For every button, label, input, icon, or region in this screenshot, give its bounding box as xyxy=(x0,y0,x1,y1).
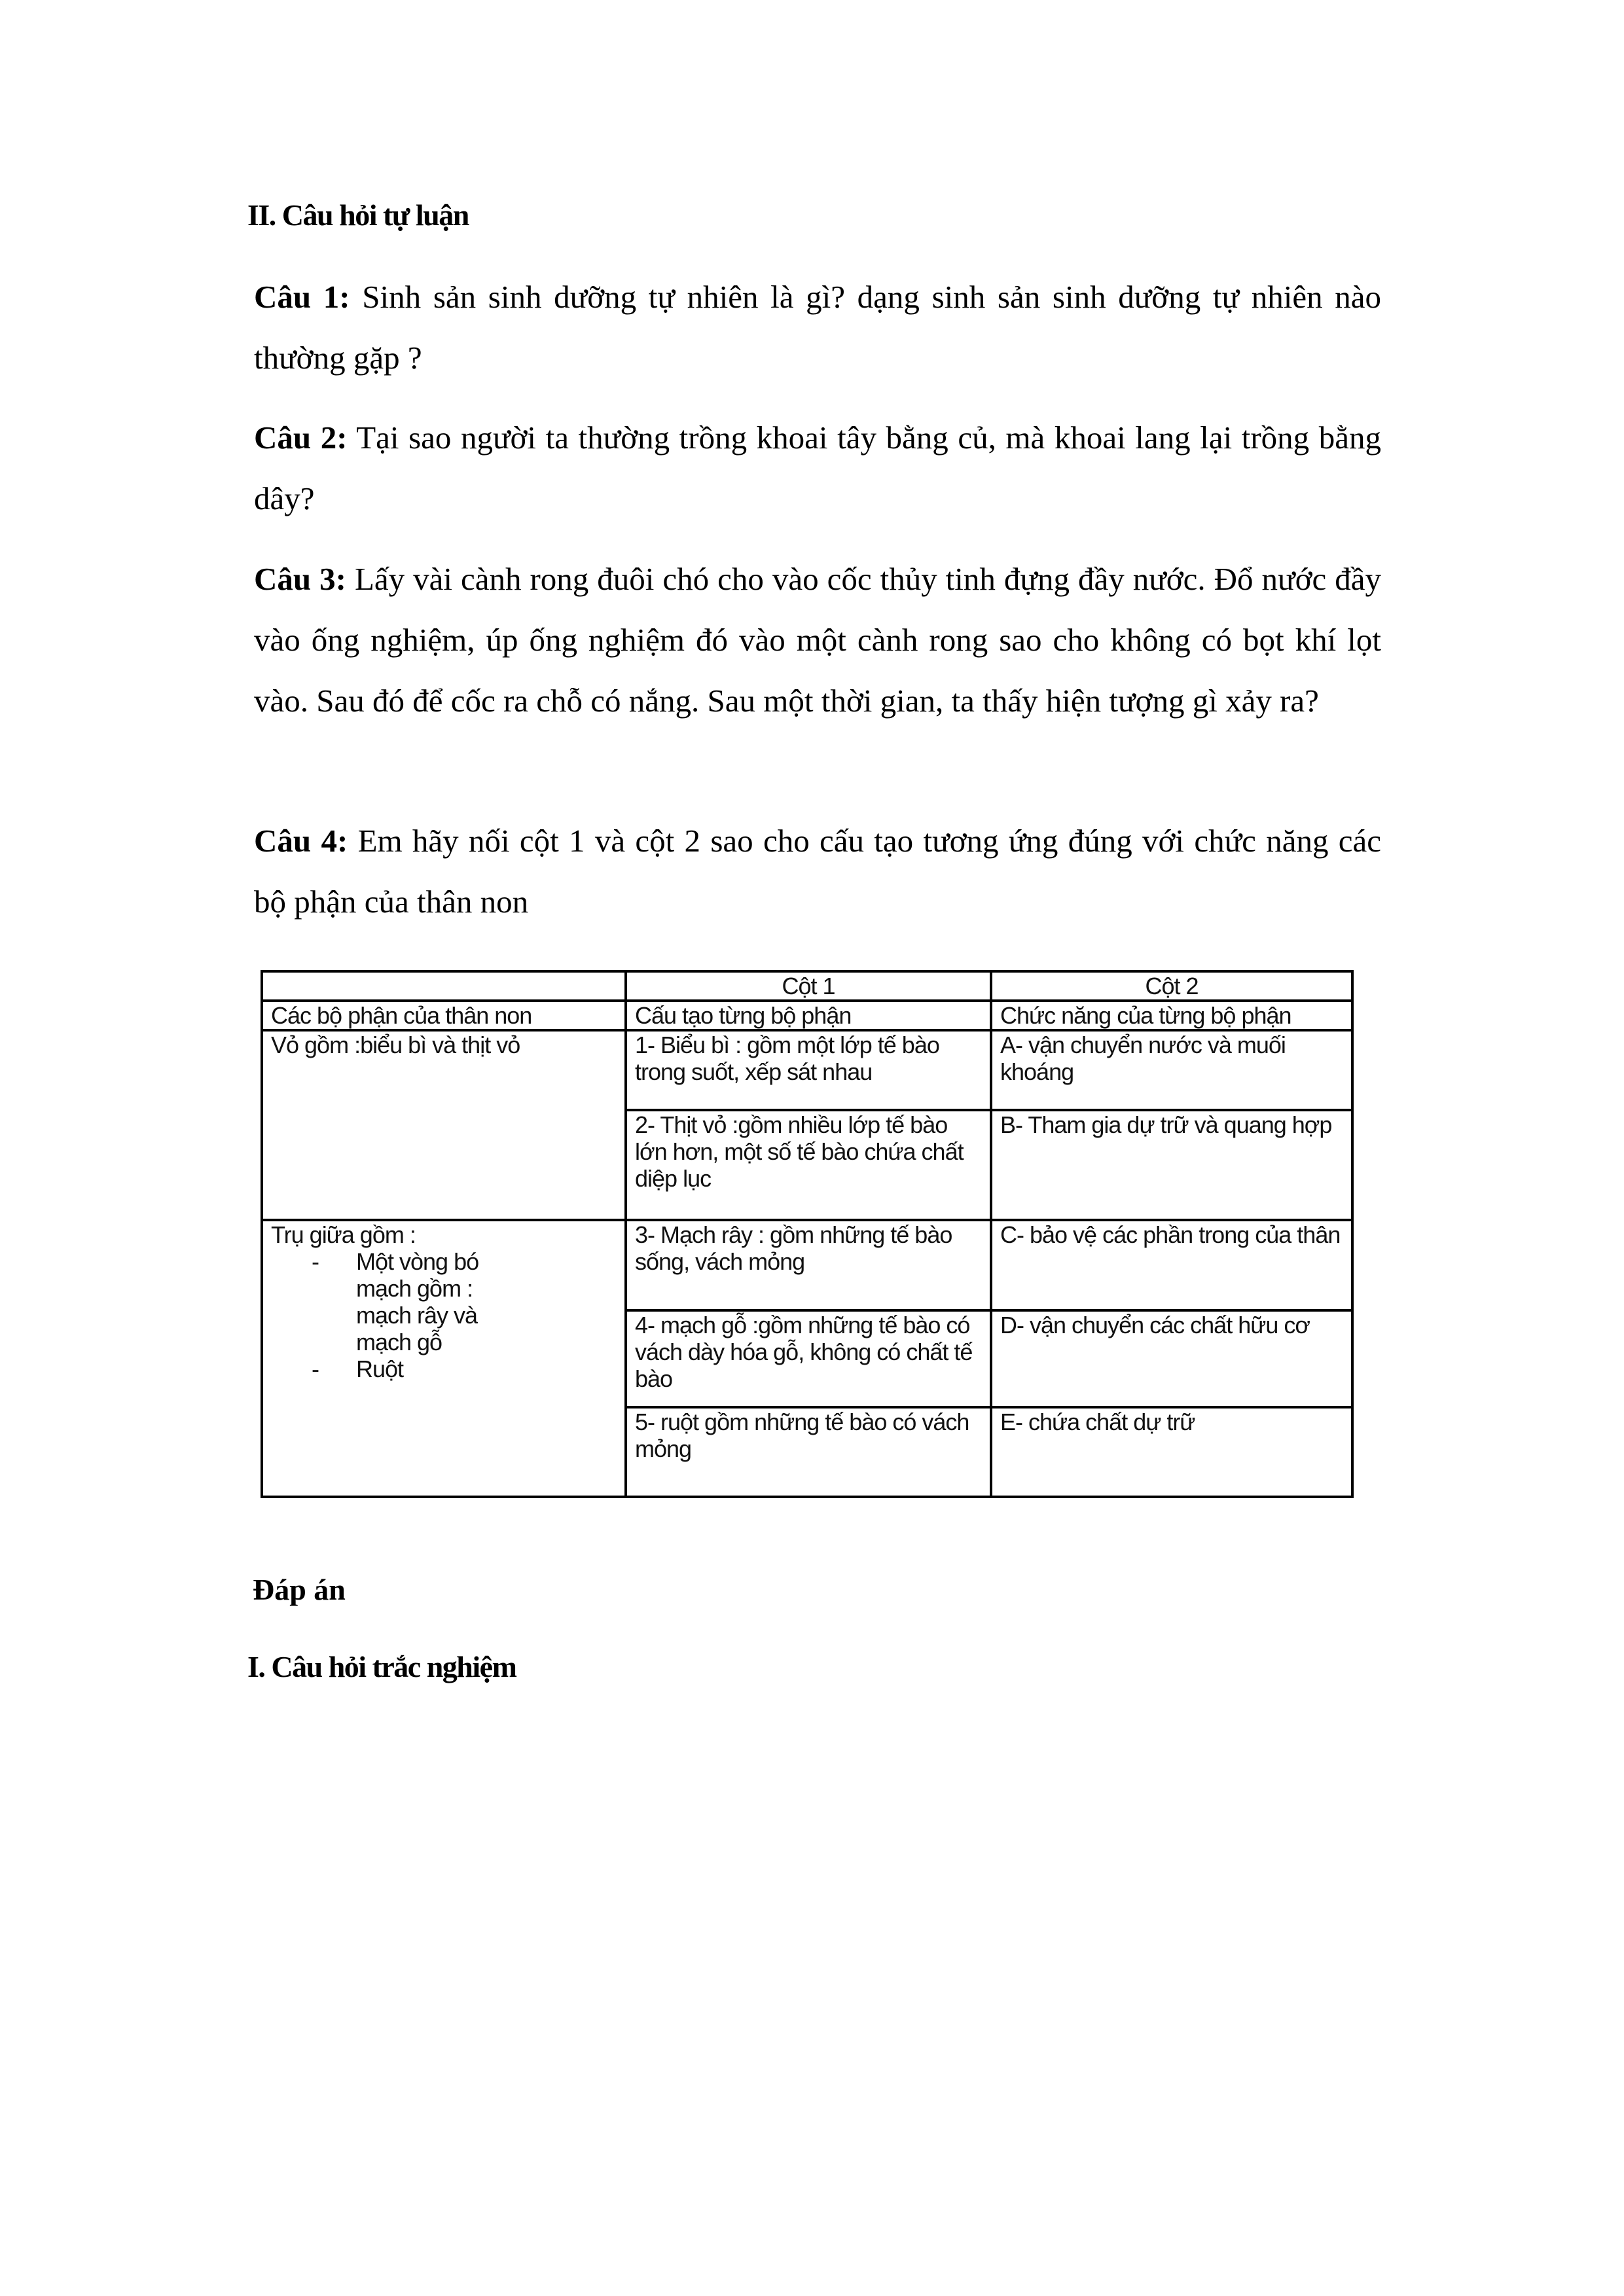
header-cell-column-1: Cột 1 xyxy=(626,971,991,1001)
question-3: Câu 3: Lấy vài cành rong đuôi chó cho và… xyxy=(254,548,1381,731)
subheader-parts: Các bộ phận của thân non xyxy=(262,1001,626,1030)
structure-cell: 1- Biểu bì : gồm một lớp tế bào trong su… xyxy=(626,1030,991,1110)
dash-bullet-icon: - xyxy=(312,1248,319,1275)
question-1: Câu 1: Sinh sản sinh dưỡng tự nhiên là g… xyxy=(254,266,1381,388)
stele-bullet-list: -Một vòng bó mạch gồm : mạch rây và mạch… xyxy=(271,1248,617,1382)
question-4: Câu 4: Em hãy nối cột 1 và cột 2 sao cho… xyxy=(254,810,1381,932)
stele-bullet-text: Một vòng bó mạch gồm : mạch rây và mạch … xyxy=(356,1248,478,1355)
question-2-text: Tại sao người ta thường trồng khoai tây … xyxy=(254,420,1381,516)
function-cell: D- vận chuyển các chất hữu cơ xyxy=(991,1310,1352,1407)
function-cell: C- bảo vệ các phần trong của thân xyxy=(991,1220,1352,1310)
header-cell-empty xyxy=(262,971,626,1001)
matching-table: Cột 1 Cột 2 Các bộ phận của thân non Cấu… xyxy=(261,970,1354,1498)
subheader-structure: Cấu tạo từng bộ phận xyxy=(626,1001,991,1030)
question-4-label: Câu 4: xyxy=(254,823,348,859)
stele-bullet: -Ruột xyxy=(271,1355,533,1382)
part-cell-cortex: Vỏ gồm :biểu bì và thịt vỏ xyxy=(262,1030,626,1220)
stele-title: Trụ giữa gồm : xyxy=(271,1221,617,1248)
function-cell: A- vận chuyển nước và muối khoáng xyxy=(991,1030,1352,1110)
structure-cell: 5- ruột gồm những tế bào có vách mỏng xyxy=(626,1407,991,1497)
stele-bullet-text: Ruột xyxy=(356,1355,403,1382)
answers-heading: Đáp án xyxy=(253,1572,346,1607)
question-3-text: Lấy vài cành rong đuôi chó cho vào cốc t… xyxy=(254,561,1381,719)
table-row: Vỏ gồm :biểu bì và thịt vỏ 1- Biểu bì : … xyxy=(262,1030,1352,1110)
question-1-text: Sinh sản sinh dưỡng tự nhiên là gì? dạng… xyxy=(254,279,1381,376)
function-cell: B- Tham gia dự trữ và quang hợp xyxy=(991,1110,1352,1220)
question-1-label: Câu 1: xyxy=(254,279,350,315)
table-header-row: Cột 1 Cột 2 xyxy=(262,971,1352,1001)
table-row: Trụ giữa gồm : -Một vòng bó mạch gồm : m… xyxy=(262,1220,1352,1310)
table-subheader-row: Các bộ phận của thân non Cấu tạo từng bộ… xyxy=(262,1001,1352,1030)
stele-bullet: -Một vòng bó mạch gồm : mạch rây và mạch… xyxy=(271,1248,533,1355)
part-cell-stele: Trụ giữa gồm : -Một vòng bó mạch gồm : m… xyxy=(262,1220,626,1497)
dash-bullet-icon: - xyxy=(312,1355,319,1382)
question-4-text: Em hãy nối cột 1 và cột 2 sao cho cấu tạ… xyxy=(254,823,1381,920)
question-2: Câu 2: Tại sao người ta thường trồng kho… xyxy=(254,407,1381,529)
subheader-function: Chức năng của từng bộ phận xyxy=(991,1001,1352,1030)
structure-cell: 2- Thịt vỏ :gồm nhiều lớp tế bào lớn hơn… xyxy=(626,1110,991,1220)
question-2-label: Câu 2: xyxy=(254,420,348,456)
question-3-label: Câu 3: xyxy=(254,561,346,597)
header-cell-column-2: Cột 2 xyxy=(991,971,1352,1001)
section-heading-essay: II. Câu hỏi tự luận xyxy=(247,198,469,232)
answers-section-1-heading: I. Câu hỏi trắc nghiệm xyxy=(247,1649,516,1684)
structure-cell: 4- mạch gỗ :gồm những tế bào có vách dày… xyxy=(626,1310,991,1407)
structure-cell: 3- Mạch rây : gồm những tế bào sống, vác… xyxy=(626,1220,991,1310)
document-page: II. Câu hỏi tự luận Câu 1: Sinh sản sinh… xyxy=(0,0,1624,2296)
function-cell: E- chứa chất dự trữ xyxy=(991,1407,1352,1497)
